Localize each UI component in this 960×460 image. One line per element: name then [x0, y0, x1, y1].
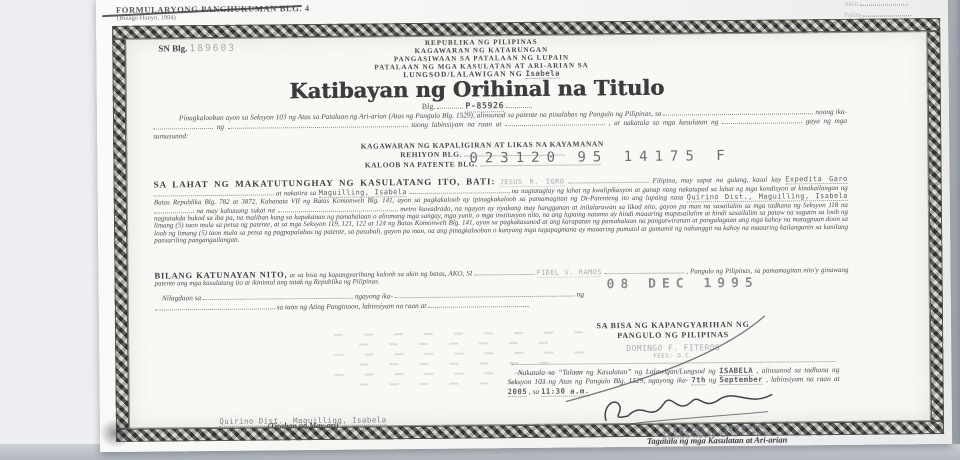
blank-line [474, 268, 534, 276]
serial-number: SN Blg. 189603 [158, 43, 236, 55]
dotted-leader [506, 101, 532, 108]
president-name-typed: FIDEL V. RAMOS [536, 268, 601, 278]
form-revision: (Binago Hunyo, 1994) [117, 14, 176, 22]
patent-label: KALOOB NA PATENTE BLG. [365, 159, 478, 169]
dotted-leader [437, 102, 463, 109]
sn-label: SN Blg. [158, 43, 187, 53]
aklat-label: Aklat [844, 1, 859, 8]
registrar-caption: Tagatala ng mga Kasulatan at Ari-arian [562, 434, 872, 447]
border-band-right [927, 31, 944, 421]
blank-line [155, 302, 275, 310]
blank-line [568, 176, 648, 184]
blank-line [428, 299, 528, 307]
main-body-paragraph: SA LAHAT NG MAKATUTUNGHAY NG KASULATANG … [154, 174, 849, 245]
scanned-title-document: FORMULARYONG PANGHUKUMAN BLG. 4 (Binago … [96, 0, 952, 452]
blank-line [154, 189, 274, 197]
blank-line [228, 120, 408, 129]
region-label: REHIYON BLG. [400, 150, 462, 160]
blg-label: Blg. [422, 102, 436, 111]
blank-line [154, 206, 194, 213]
scan-smudge [99, 418, 133, 448]
patent-number-stamp: 023120 95 14175 F [469, 148, 731, 167]
blank-line [409, 186, 509, 194]
blank-line [505, 118, 605, 126]
date-received-stamp: 08 DEC 1995 [607, 276, 759, 292]
blank-line [863, 9, 911, 16]
blank-line [278, 204, 398, 212]
blank-line [153, 122, 213, 130]
owner-name-typed: JESUS R. IGRO [500, 178, 565, 188]
blank-line [722, 117, 802, 125]
blank-line [203, 292, 353, 300]
blank-line [395, 290, 575, 299]
blank-line [860, 0, 908, 6]
sn-value: 189603 [190, 43, 236, 54]
blank-line [604, 266, 684, 274]
blank-line [663, 107, 813, 115]
